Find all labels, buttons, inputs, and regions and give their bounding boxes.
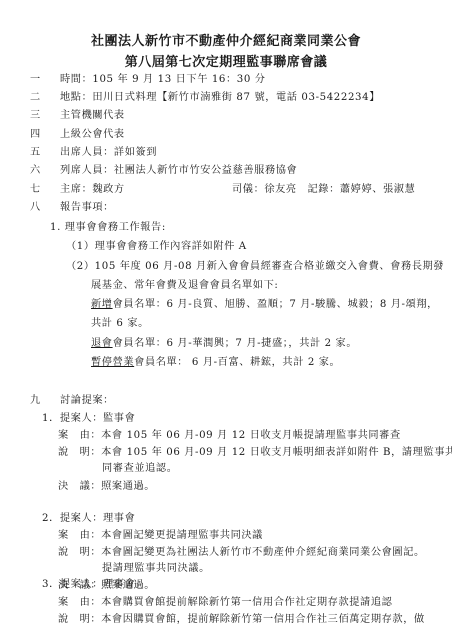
proposal-3-cause: 案 由：本會購買會館提前解除新竹第一信用合作社定期存款提請追認 bbox=[58, 596, 392, 610]
discussion-heading: 九討論提案： bbox=[30, 394, 114, 408]
item-attendees: 五出席人員：詳如簽到 bbox=[30, 146, 157, 160]
report-sub1: （1）理事會會務工作內容詳如附件 A bbox=[66, 240, 247, 254]
item-upper-union: 四上級公會代表 bbox=[30, 128, 125, 142]
quit-members: 退會會員名單：6 月-華潤興；7 月-捷盛；，共計 2 家。 bbox=[91, 337, 357, 351]
proposal-1-explain-cont: 同審查並追認。 bbox=[102, 462, 178, 476]
proposal-1-explain: 說 明：本會 105 年 06 月-09 月 12 日收支月帳明細表詳如附件 B… bbox=[58, 446, 452, 460]
item-observers: 六列席人員：社團法人新竹市竹安公益慈善服務協會 bbox=[30, 164, 297, 178]
item-reports: 八報告事項： bbox=[30, 201, 114, 215]
proposal-1-cause: 案 由：本會 105 年 06 月-09 月 12 日收支月帳提請理監事共同審查 bbox=[58, 429, 401, 443]
proposal-3-proposer: 3．提案人：理事會 bbox=[42, 578, 135, 592]
new-members: 新增會員名單：6 月-良質、旭勝、盈順；7 月-駿騰、城毅；8 月-頌翔， bbox=[91, 298, 438, 312]
item-chair: 七主席：魏政方 bbox=[30, 183, 125, 197]
proposal-1-resolution: 決 議：照案通過。 bbox=[58, 480, 155, 494]
proposal-1-proposer: 1．提案人：監事會 bbox=[42, 412, 135, 426]
suspended-members: 暫停營業會員名單： 6 月-百富、耕鋐，共計 2 家。 bbox=[91, 356, 340, 370]
report-heading: 1. 理事會會務工作報告: bbox=[50, 221, 166, 235]
proposal-2-explain-cont: 提請理監事共同決議。 bbox=[102, 562, 210, 576]
item-authority: 三主管機關代表 bbox=[30, 109, 125, 123]
proposal-2-proposer: 2．提案人：理事會 bbox=[42, 512, 135, 526]
report-sub2-line2: 展基金、常年會費及退會會員名單如下: bbox=[91, 279, 278, 293]
meeting-title: 第八屆第七次定期理監事聯席會議 bbox=[0, 51, 452, 70]
report-sub2-line1: （2）105 年度 06 月-08 月新入會會員經審查合格並繳交入會費、會務長期… bbox=[66, 260, 444, 274]
document-page: 社團法人新竹市不動產仲介經紀商業同業公會 第八屆第七次定期理監事聯席會議 一時間… bbox=[0, 0, 452, 640]
new-members-total: 共計 6 家。 bbox=[91, 317, 149, 331]
proposal-3-explain: 說 明：本會因購買會館，提前解除新竹第一信用合作社三佰萬定期存款，做 bbox=[58, 613, 425, 627]
item-emcee-recorder: 司儀：徐友亮 記錄：蕭婷婷、張淑慧 bbox=[232, 183, 415, 197]
item-location: 二地點：田川日式料理【新竹市湳雅街 87 號，電話 03-5422234】 bbox=[30, 91, 380, 105]
proposal-2-cause: 案 由：本會圖記變更提請理監事共同決議 bbox=[58, 529, 263, 543]
document-title: 社團法人新竹市不動產仲介經紀商業同業公會 bbox=[0, 30, 452, 49]
proposal-2-explain: 說 明：本會圖記變更為社團法人新竹市不動產仲介經紀商業同業公會圖記。 bbox=[58, 546, 425, 560]
item-time: 一時間：105 年 9 月 13 日下午 16：30 分 bbox=[30, 73, 266, 87]
